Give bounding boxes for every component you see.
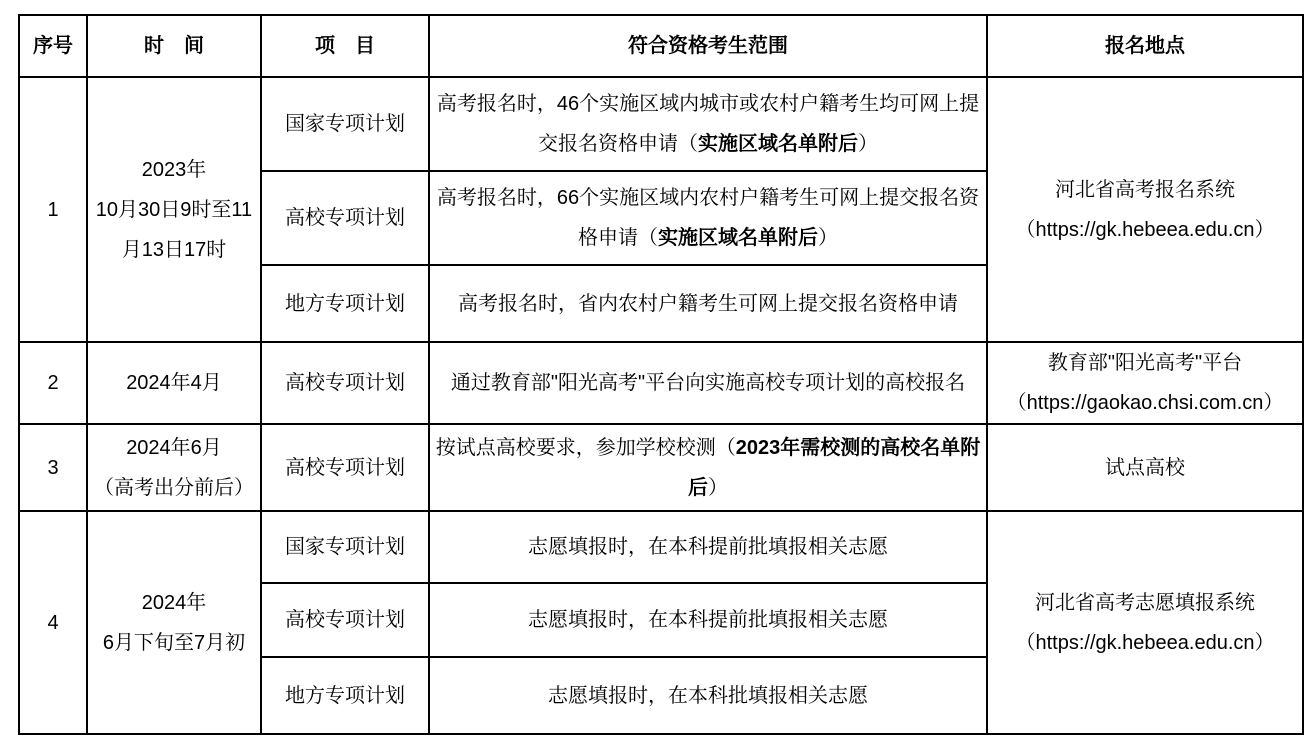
- col-header-time: 时 间: [87, 15, 261, 77]
- cell-scope-3-1: 按试点高校要求，参加学校校测（2023年需校测的高校名单附后）: [429, 424, 987, 511]
- cell-scope-1-3: 高考报名时，省内农村户籍考生可网上提交报名资格申请: [429, 265, 987, 342]
- cell-time-3: 2024年6月 （高考出分前后）: [87, 424, 261, 511]
- cell-number-3: 3: [19, 424, 87, 511]
- cell-number-1: 1: [19, 77, 87, 342]
- cell-scope-4-1: 志愿填报时，在本科提前批填报相关志愿: [429, 511, 987, 583]
- col-header-scope: 符合资格考生范围: [429, 15, 987, 77]
- cell-location-4: 河北省高考志愿填报系统 （https://gk.hebeea.edu.cn）: [987, 511, 1303, 734]
- table-row: 2 2024年4月 高校专项计划 通过教育部"阳光高考"平台向实施高校专项计划的…: [19, 342, 1303, 424]
- cell-project-4-1: 国家专项计划: [261, 511, 429, 583]
- table-row: 4 2024年 6月下旬至7月初 国家专项计划 志愿填报时，在本科提前批填报相关…: [19, 511, 1303, 583]
- cell-project-3-1: 高校专项计划: [261, 424, 429, 511]
- cell-location-3: 试点高校: [987, 424, 1303, 511]
- cell-time-4: 2024年 6月下旬至7月初: [87, 511, 261, 734]
- cell-scope-1-1: 高考报名时，46个实施区域内城市或农村户籍考生均可网上提交报名资格申请（实施区域…: [429, 77, 987, 171]
- cell-scope-1-2: 高考报名时，66个实施区域内农村户籍考生可网上提交报名资格申请（实施区域名单附后…: [429, 171, 987, 265]
- cell-scope-4-3: 志愿填报时，在本科批填报相关志愿: [429, 657, 987, 734]
- table-row: 1 2023年 10月30日9时至11 月13日17时 国家专项计划 高考报名时…: [19, 77, 1303, 171]
- cell-scope-2-1: 通过教育部"阳光高考"平台向实施高校专项计划的高校报名: [429, 342, 987, 424]
- cell-project-4-3: 地方专项计划: [261, 657, 429, 734]
- cell-number-2: 2: [19, 342, 87, 424]
- cell-number-4: 4: [19, 511, 87, 734]
- cell-time-1: 2023年 10月30日9时至11 月13日17时: [87, 77, 261, 342]
- col-header-project: 项 目: [261, 15, 429, 77]
- cell-project-1-1: 国家专项计划: [261, 77, 429, 171]
- cell-project-2-1: 高校专项计划: [261, 342, 429, 424]
- cell-scope-4-2: 志愿填报时，在本科提前批填报相关志愿: [429, 583, 987, 657]
- table-row: 3 2024年6月 （高考出分前后） 高校专项计划 按试点高校要求，参加学校校测…: [19, 424, 1303, 511]
- cell-project-1-3: 地方专项计划: [261, 265, 429, 342]
- cell-location-1: 河北省高考报名系统 （https://gk.hebeea.edu.cn）: [987, 77, 1303, 342]
- col-header-number: 序号: [19, 15, 87, 77]
- enrollment-schedule-table: 序号 时 间 项 目 符合资格考生范围 报名地点 1 2023年 10月30日9…: [18, 14, 1304, 735]
- col-header-location: 报名地点: [987, 15, 1303, 77]
- header-row: 序号 时 间 项 目 符合资格考生范围 报名地点: [19, 15, 1303, 77]
- cell-location-2: 教育部"阳光高考"平台 （https://gaokao.chsi.com.cn）: [987, 342, 1303, 424]
- cell-project-1-2: 高校专项计划: [261, 171, 429, 265]
- cell-time-2: 2024年4月: [87, 342, 261, 424]
- cell-project-4-2: 高校专项计划: [261, 583, 429, 657]
